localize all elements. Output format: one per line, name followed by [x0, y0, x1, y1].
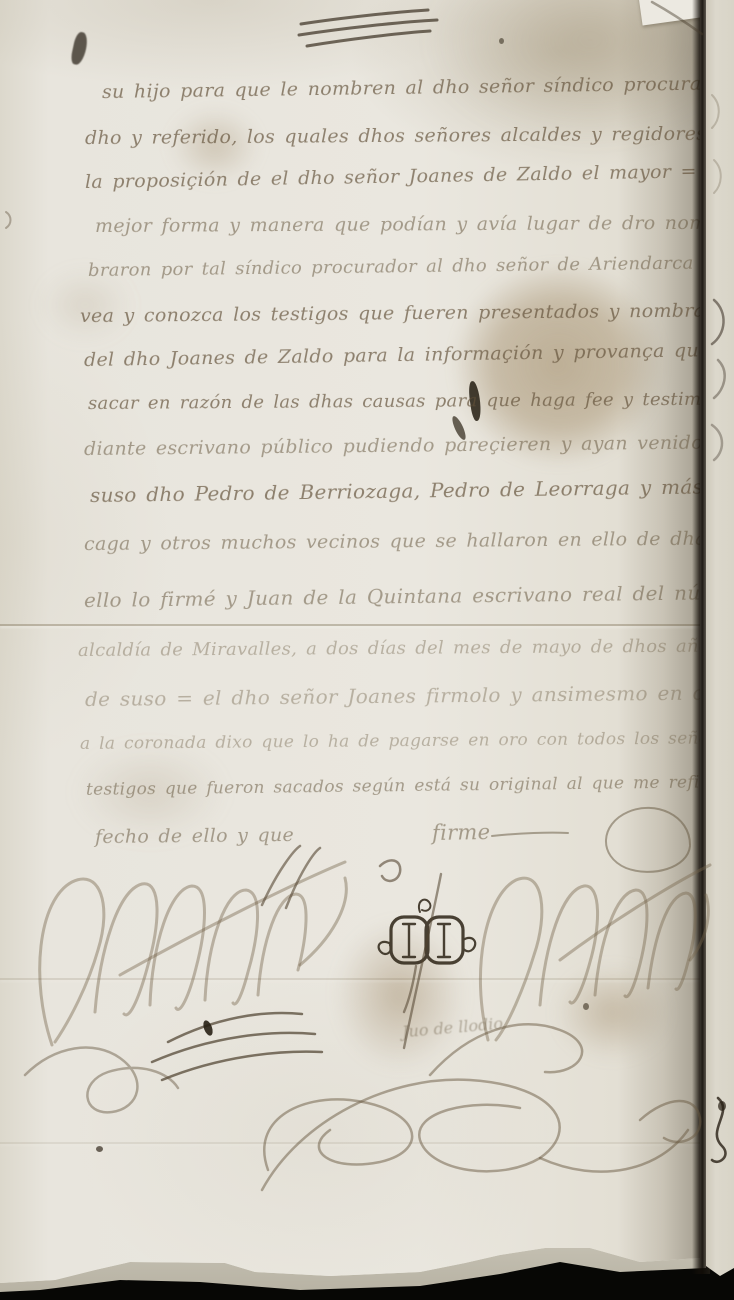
text-line: dho y referido, los quales dhos señores … [85, 123, 734, 149]
text-line: alcaldía de Miravalles, a dos días del m… [78, 636, 734, 661]
ink-blot-top-left [70, 31, 90, 66]
ink-speck [499, 38, 504, 44]
signature-stain [335, 920, 465, 1070]
ink-speck [96, 1146, 103, 1152]
closing-word: firme [432, 821, 491, 845]
manuscript-scan: su hijo para que le nombren al dho señor… [0, 0, 734, 1300]
center-signature-reading: Juo de llodio [401, 1016, 503, 1041]
facing-page-edge [706, 0, 734, 1300]
text-line: sacar en razón de las dhas causas para q… [88, 389, 734, 414]
ink-speck [583, 1003, 589, 1010]
text-line: fecho de ello y que [95, 825, 294, 848]
manuscript-page: su hijo para que le nombren al dho señor… [0, 0, 700, 1290]
text-line: mejor forma y manera que podían y avía l… [95, 212, 734, 237]
